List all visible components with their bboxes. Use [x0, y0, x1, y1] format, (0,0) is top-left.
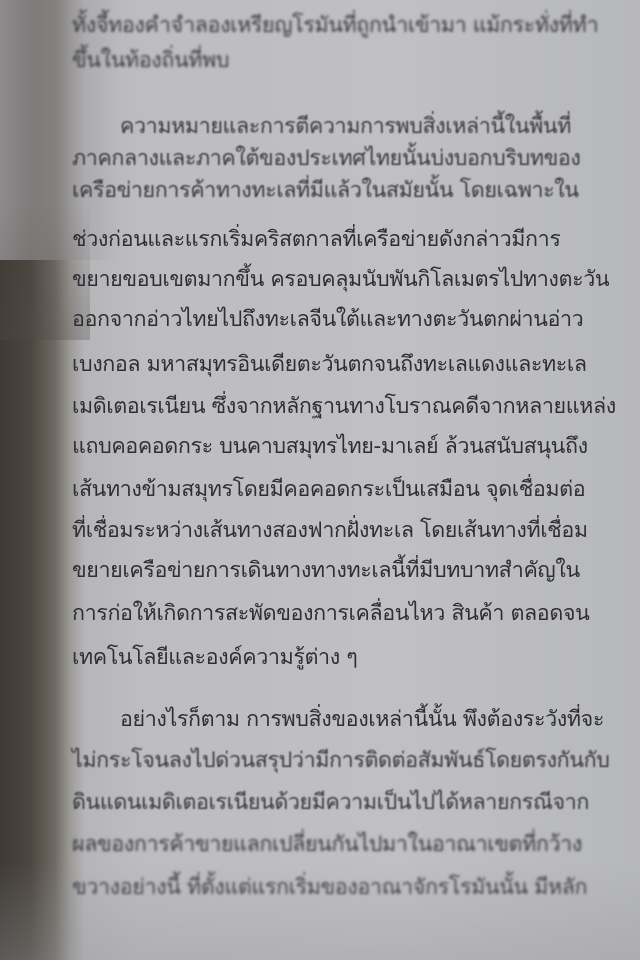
book-page: ทั้งจี้ทองคำจำลองเหรียญโรมันที่ถูกนำเข้า…: [0, 0, 640, 960]
paragraph-first-line: อย่างไรก็ตาม การพบสิ่งของเหล่านี้นั้น พึ…: [120, 704, 604, 736]
text-line: ช่วงก่อนและแรกเริ่มคริสตกาลที่เครือข่ายด…: [72, 224, 560, 256]
text-line: ขยายเครือข่ายการเดินทางทางทะเลนี้ที่มีบท…: [72, 555, 580, 587]
text-line: แถบคอคอดกระ บนคาบสมุทรไทย-มาเลย์ ล้วนสนั…: [72, 431, 588, 463]
text-line: ขยายขอบเขตมากขึ้น ครอบคลุมนับพันกิโลเมตร…: [72, 264, 609, 296]
text-line: ผลของการค้าขายแลกเปลี่ยนกันไปมาในอาณาเขต…: [72, 829, 582, 861]
text-line: เส้นทางข้ามสมุทรโดยมีคอคอดกระเป็นเสมือน …: [72, 474, 585, 506]
page-bottom-shade: [0, 860, 640, 960]
text-line: ที่เชื่อมระหว่างเส้นทางสองฟากฝั่งทะเล โด…: [72, 515, 588, 547]
paragraph-first-line: ความหมายและการตีความการพบสิ่งเหล่านี้ในพ…: [120, 111, 571, 143]
text-line: ดินแดนเมดิเตอเรเนียนด้วยมีความเป็นไปได้ห…: [72, 787, 589, 819]
text-line: ออกจากอ่าวไทยไปถึงทะเลจีนใต้และทางตะวันต…: [72, 304, 583, 336]
text-line: เทคโนโลยีและองค์ความรู้ต่าง ๆ: [72, 642, 357, 674]
text-line: การก่อให้เกิดการสะพัดของการเคลื่อนไหว สิ…: [72, 598, 589, 630]
text-line: ภาคกลางและภาคใต้ของประเทศไทยนั้นบ่งบอกบร…: [72, 143, 581, 175]
text-line: ทั้งจี้ทองคำจำลองเหรียญโรมันที่ถูกนำเข้า…: [72, 10, 598, 42]
text-line: เครือข่ายการค้าทางทะเลที่มีแล้วในสมัยนั้…: [72, 175, 579, 207]
text-line: เมดิเตอเรเนียน ซึ่งจากหลักฐานทางโบราณคดี…: [72, 391, 616, 423]
text-line: เบงกอล มหาสมุทรอินเดียตะวันตกจนถึงทะเลแด…: [72, 349, 587, 381]
text-line: ขึ้นในท้องถิ่นที่พบ: [72, 45, 229, 77]
text-line: ไม่กระโจนลงไปด่วนสรุปว่ามีการติดต่อสัมพั…: [72, 745, 609, 777]
